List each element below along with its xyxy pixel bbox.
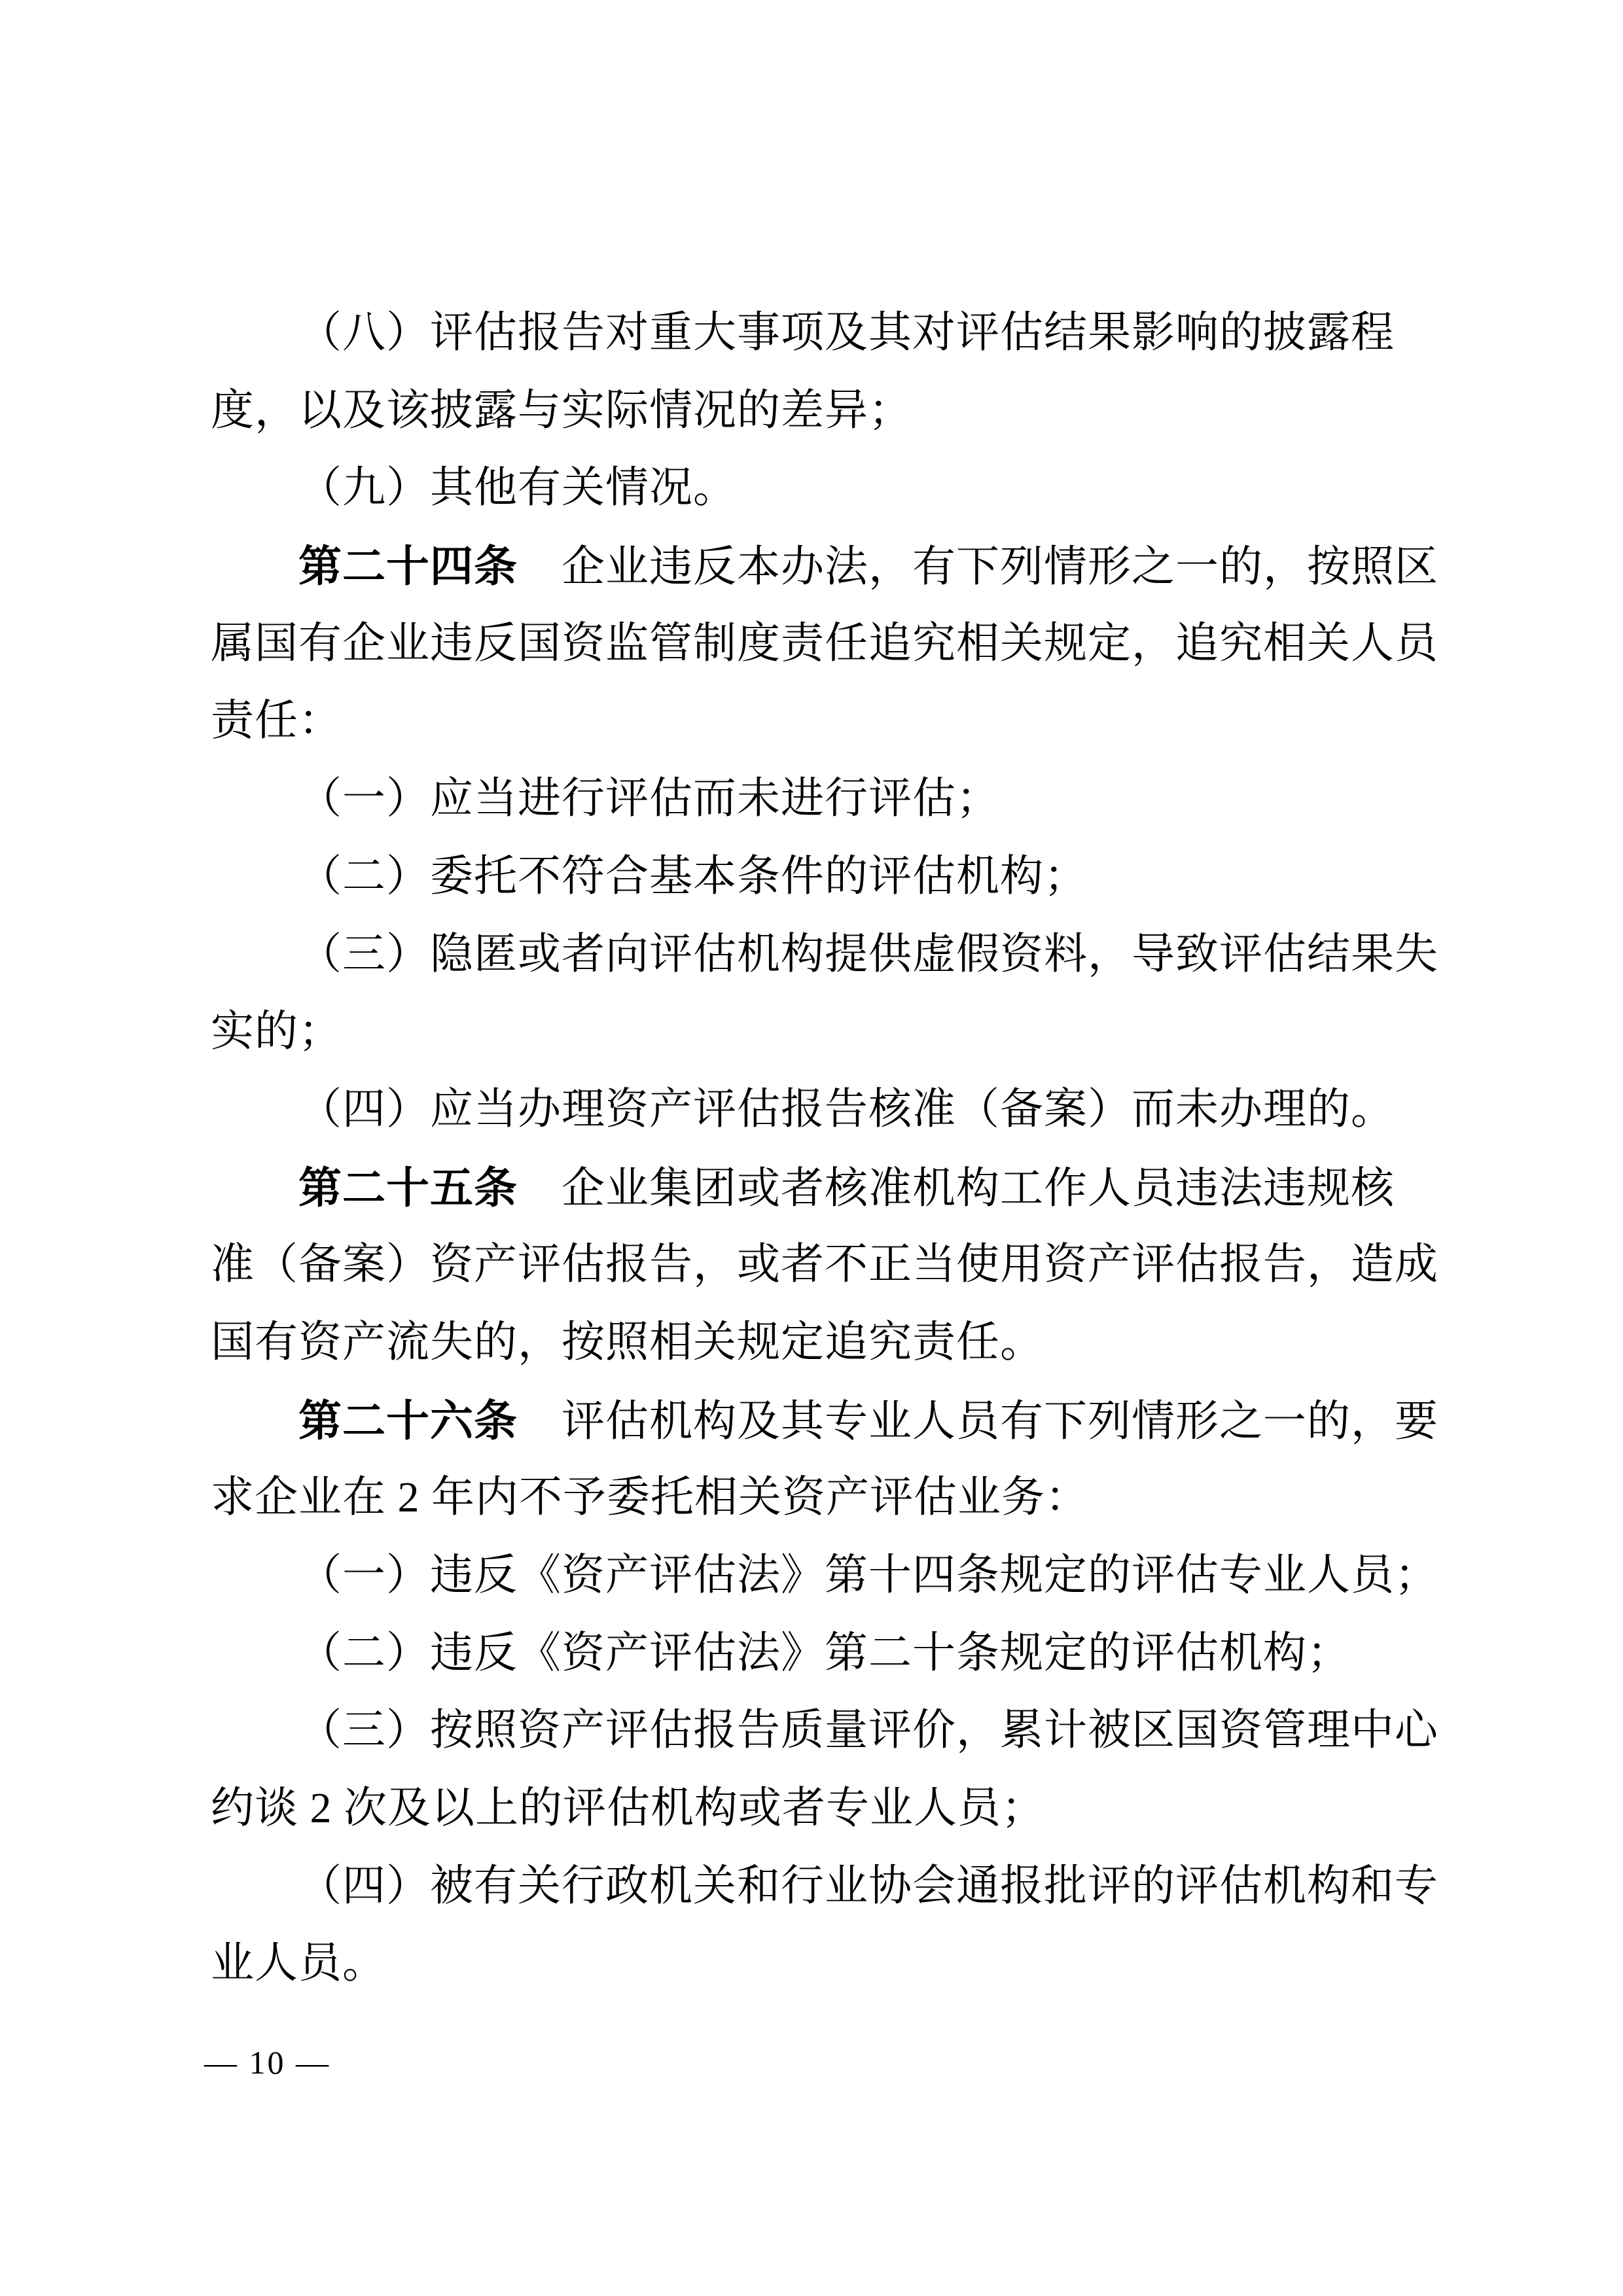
text-segment: （四）应当办理资产评估报告核准（备案）而未办理的。 (298, 1086, 1395, 1133)
text-segment: 企业违反本办法，有下列情形之一的，按照区 (518, 543, 1438, 591)
text-segment: （三）按照资产评估报告质量评价，累计被区国资管理中心 (298, 1706, 1438, 1754)
article-heading: 第二十五条 (298, 1163, 518, 1212)
text-segment: （四）被有关行政机关和行业协会通报批评的评估机构和专 (298, 1862, 1438, 1910)
text-segment: 国有资产流失的，按照相关规定追究责任。 (211, 1318, 1044, 1366)
text-line: （三）按照资产评估报告质量评价，累计被区国资管理中心 (211, 1692, 1441, 1770)
text-segment: 准（备案）资产评估报告，或者不正当使用资产评估报告，造成 (211, 1241, 1438, 1288)
text-line: 业人员。 (211, 1925, 1441, 2003)
article-heading: 第二十四条 (298, 542, 518, 590)
text-segment: （二）委托不符合基本条件的评估机构； (298, 853, 1088, 900)
text-line: （八）评估报告对重大事项及其对评估结果影响的披露程 (211, 294, 1441, 372)
text-segment: 企业集团或者核准机构工作人员违法违规核 (518, 1165, 1395, 1212)
text-line: （四）应当办理资产评估报告核准（备案）而未办理的。 (211, 1071, 1441, 1149)
text-segment: （一）违反《资产评估法》第十四条规定的评估专业人员； (298, 1551, 1438, 1599)
text-segment: （八）评估报告对重大事项及其对评估结果影响的披露程 (298, 309, 1395, 357)
text-line: 属国有企业违反国资监管制度责任追究相关规定，追究相关人员 (211, 605, 1441, 683)
text-line: （四）被有关行政机关和行业协会通报批评的评估机构和专 (211, 1848, 1441, 1926)
text-segment: 求企业在 2 年内不予委托相关资产评估业务： (211, 1474, 1089, 1521)
text-segment: 度，以及该披露与实际情况的差异； (211, 387, 912, 434)
document-body: （八）评估报告对重大事项及其对评估结果影响的披露程度，以及该披露与实际情况的差异… (211, 294, 1441, 2003)
text-line: 实的； (211, 993, 1441, 1071)
text-line: 约谈 2 次及以上的评估机构或者专业人员； (211, 1770, 1441, 1848)
text-line: 第二十四条 企业违反本办法，有下列情形之一的，按照区 (211, 527, 1441, 605)
text-segment: 评估机构及其专业人员有下列情形之一的，要 (518, 1398, 1438, 1445)
text-segment: 实的； (211, 1008, 342, 1055)
text-line: （三）隐匿或者向评估机构提供虚假资料，导致评估结果失 (211, 916, 1441, 994)
text-segment: （一）应当进行评估而未进行评估； (298, 775, 1000, 822)
text-line: （二）违反《资产评估法》第二十条规定的评估机构； (211, 1615, 1441, 1693)
text-line: 责任： (211, 682, 1441, 760)
text-segment: 属国有企业违反国资监管制度责任追究相关规定，追究相关人员 (211, 620, 1438, 667)
text-line: 求企业在 2 年内不予委托相关资产评估业务： (211, 1459, 1441, 1537)
document-page: （八）评估报告对重大事项及其对评估结果影响的披露程度，以及该披露与实际情况的差异… (0, 0, 1623, 2296)
text-segment: （九）其他有关情况。 (298, 464, 737, 512)
text-line: （一）违反《资产评估法》第十四条规定的评估专业人员； (211, 1537, 1441, 1615)
text-line: （一）应当进行评估而未进行评估； (211, 760, 1441, 838)
text-segment: 责任： (211, 697, 342, 745)
text-segment: 业人员。 (211, 1939, 386, 1987)
text-segment: （二）违反《资产评估法》第二十条规定的评估机构； (298, 1629, 1351, 1677)
text-line: （二）委托不符合基本条件的评估机构； (211, 838, 1441, 916)
text-line: 第二十五条 企业集团或者核准机构工作人员违法违规核 (211, 1149, 1441, 1227)
text-line: （九）其他有关情况。 (211, 450, 1441, 527)
text-line: 准（备案）资产评估报告，或者不正当使用资产评估报告，造成 (211, 1226, 1441, 1304)
text-line: 度，以及该披露与实际情况的差异； (211, 372, 1441, 450)
text-segment: （三）隐匿或者向评估机构提供虚假资料，导致评估结果失 (298, 930, 1438, 978)
text-line: 第二十六条 评估机构及其专业人员有下列情形之一的，要 (211, 1382, 1441, 1460)
text-segment: 约谈 2 次及以上的评估机构或者专业人员； (211, 1784, 1045, 1832)
page-number: — 10 — (204, 2044, 330, 2081)
article-heading: 第二十六条 (298, 1396, 518, 1445)
text-line: 国有资产流失的，按照相关规定追究责任。 (211, 1304, 1441, 1382)
